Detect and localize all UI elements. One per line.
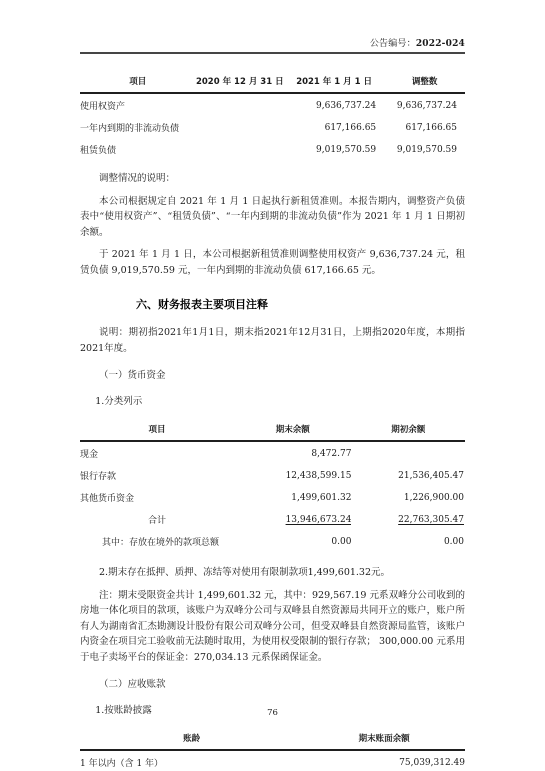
row-value-adjust: 617,166.65 xyxy=(384,116,465,138)
adjustment-table: 项目 2020 年 12 月 31 日 2021 年 1 月 1 日 调整数 使… xyxy=(80,69,465,160)
of-which-label: 其中：存放在境外的款项总额 xyxy=(80,530,234,552)
page-number: 76 xyxy=(0,708,545,718)
column-header-item: 项目 xyxy=(80,69,196,93)
row-item-label: 银行存款 xyxy=(80,464,234,486)
adjustment-note-title: 调整情况的说明： xyxy=(80,171,465,187)
row-value-adjust: 9,636,737.24 xyxy=(384,93,465,116)
column-header-ending-balance: 期末余额 xyxy=(234,417,351,441)
aging-amount: 75,039,312.49 xyxy=(303,750,465,771)
table-row: 现金 8,472.77 xyxy=(80,441,465,464)
document-page: 公告编号：2022-024 项目 2020 年 12 月 31 日 2021 年… xyxy=(0,0,545,771)
section-title: 六、财务报表主要项目注释 xyxy=(80,296,465,312)
subsection-receivables-heading: （二）应收账款 xyxy=(80,677,465,693)
row-item-label: 其他货币资金 xyxy=(80,486,234,508)
row-item-label: 一年内到期的非流动负债 xyxy=(80,116,196,138)
row-beginning-balance: 21,536,405.47 xyxy=(351,464,465,486)
adjustment-paragraph-1: 本公司根据规定自 2021 年 1 月 1 日起执行新租赁准则。本报告期内，调整… xyxy=(80,194,465,241)
total-ending-balance: 13,946,673.24 xyxy=(234,508,351,530)
column-header-beginning-balance: 期初余额 xyxy=(351,417,465,441)
row-value-2020 xyxy=(196,93,285,116)
restricted-funds-detail-note: 注：期末受限资金共计 1,499,601.32 元，其中：929,567.19 … xyxy=(80,588,465,666)
monetary-funds-table: 项目 期末余额 期初余额 现金 8,472.77 银行存款 12,438,599… xyxy=(80,417,465,552)
row-beginning-balance xyxy=(351,441,465,464)
header-rule xyxy=(80,52,465,54)
of-which-ending-balance: 0.00 xyxy=(234,530,351,552)
total-label: 合计 xyxy=(80,508,234,530)
table-row: 银行存款 12,438,599.15 21,536,405.47 xyxy=(80,464,465,486)
row-ending-balance: 12,438,599.15 xyxy=(234,464,351,486)
aging-table-header-row: 账龄 期末账面余额 xyxy=(80,726,465,750)
of-which-beginning-balance: 0.00 xyxy=(351,530,465,552)
table-row: 1 年以内（含 1 年） 75,039,312.49 xyxy=(80,750,465,771)
announcement-number: 2022-024 xyxy=(416,39,465,49)
announcement-header: 公告编号：2022-024 xyxy=(80,36,465,49)
row-beginning-balance: 1,226,900.00 xyxy=(351,486,465,508)
row-ending-balance: 8,472.77 xyxy=(234,441,351,464)
column-header-adjust: 调整数 xyxy=(384,69,465,93)
adjustment-table-header-row: 项目 2020 年 12 月 31 日 2021 年 1 月 1 日 调整数 xyxy=(80,69,465,93)
table-row: 租赁负债 9,019,570.59 9,019,570.59 xyxy=(80,138,465,160)
column-header-ending-book-balance: 期末账面余额 xyxy=(303,726,465,750)
row-value-2020 xyxy=(196,116,285,138)
row-ending-balance: 1,499,601.32 xyxy=(234,486,351,508)
adjustment-paragraph-2: 于 2021 年 1 月 1 日，本公司根据新租赁准则调整使用权资产 9,636… xyxy=(80,247,465,278)
announcement-label: 公告编号： xyxy=(370,39,416,49)
table-row: 其他货币资金 1,499,601.32 1,226,900.00 xyxy=(80,486,465,508)
table-row: 一年内到期的非流动负债 617,166.65 617,166.65 xyxy=(80,116,465,138)
total-beginning-balance: 22,763,305.47 xyxy=(351,508,465,530)
aging-table: 账龄 期末账面余额 1 年以内（含 1 年） 75,039,312.49 xyxy=(80,726,465,771)
row-value-2021: 9,636,737.24 xyxy=(284,93,384,116)
column-header-2021: 2021 年 1 月 1 日 xyxy=(284,69,384,93)
cash-table-header-row: 项目 期末余额 期初余额 xyxy=(80,417,465,441)
page-content: 公告编号：2022-024 项目 2020 年 12 月 31 日 2021 年… xyxy=(80,0,465,771)
row-value-2021: 9,019,570.59 xyxy=(284,138,384,160)
column-header-item: 项目 xyxy=(80,417,234,441)
aging-bucket-label: 1 年以内（含 1 年） xyxy=(80,750,303,771)
row-value-2021: 617,166.65 xyxy=(284,116,384,138)
of-which-row: 其中：存放在境外的款项总额 0.00 0.00 xyxy=(80,530,465,552)
row-item-label: 现金 xyxy=(80,441,234,464)
row-item-label: 租赁负债 xyxy=(80,138,196,160)
row-item-label: 使用权资产 xyxy=(80,93,196,116)
scope-note: 说明：期初指2021年1月1日，期末指2021年12月31日，上期指2020年度… xyxy=(80,325,465,356)
column-header-aging: 账龄 xyxy=(80,726,303,750)
restricted-funds-note: 2.期末存在抵押、质押、冻结等对使用有限制款项1,499,601.32元。 xyxy=(80,565,465,581)
classification-list-label: 1.分类列示 xyxy=(80,394,465,410)
total-row: 合计 13,946,673.24 22,763,305.47 xyxy=(80,508,465,530)
subsection-monetary-funds-heading: （一）货币资金 xyxy=(80,368,465,384)
row-value-adjust: 9,019,570.59 xyxy=(384,138,465,160)
row-value-2020 xyxy=(196,138,285,160)
column-header-2020: 2020 年 12 月 31 日 xyxy=(196,69,285,93)
table-row: 使用权资产 9,636,737.24 9,636,737.24 xyxy=(80,93,465,116)
